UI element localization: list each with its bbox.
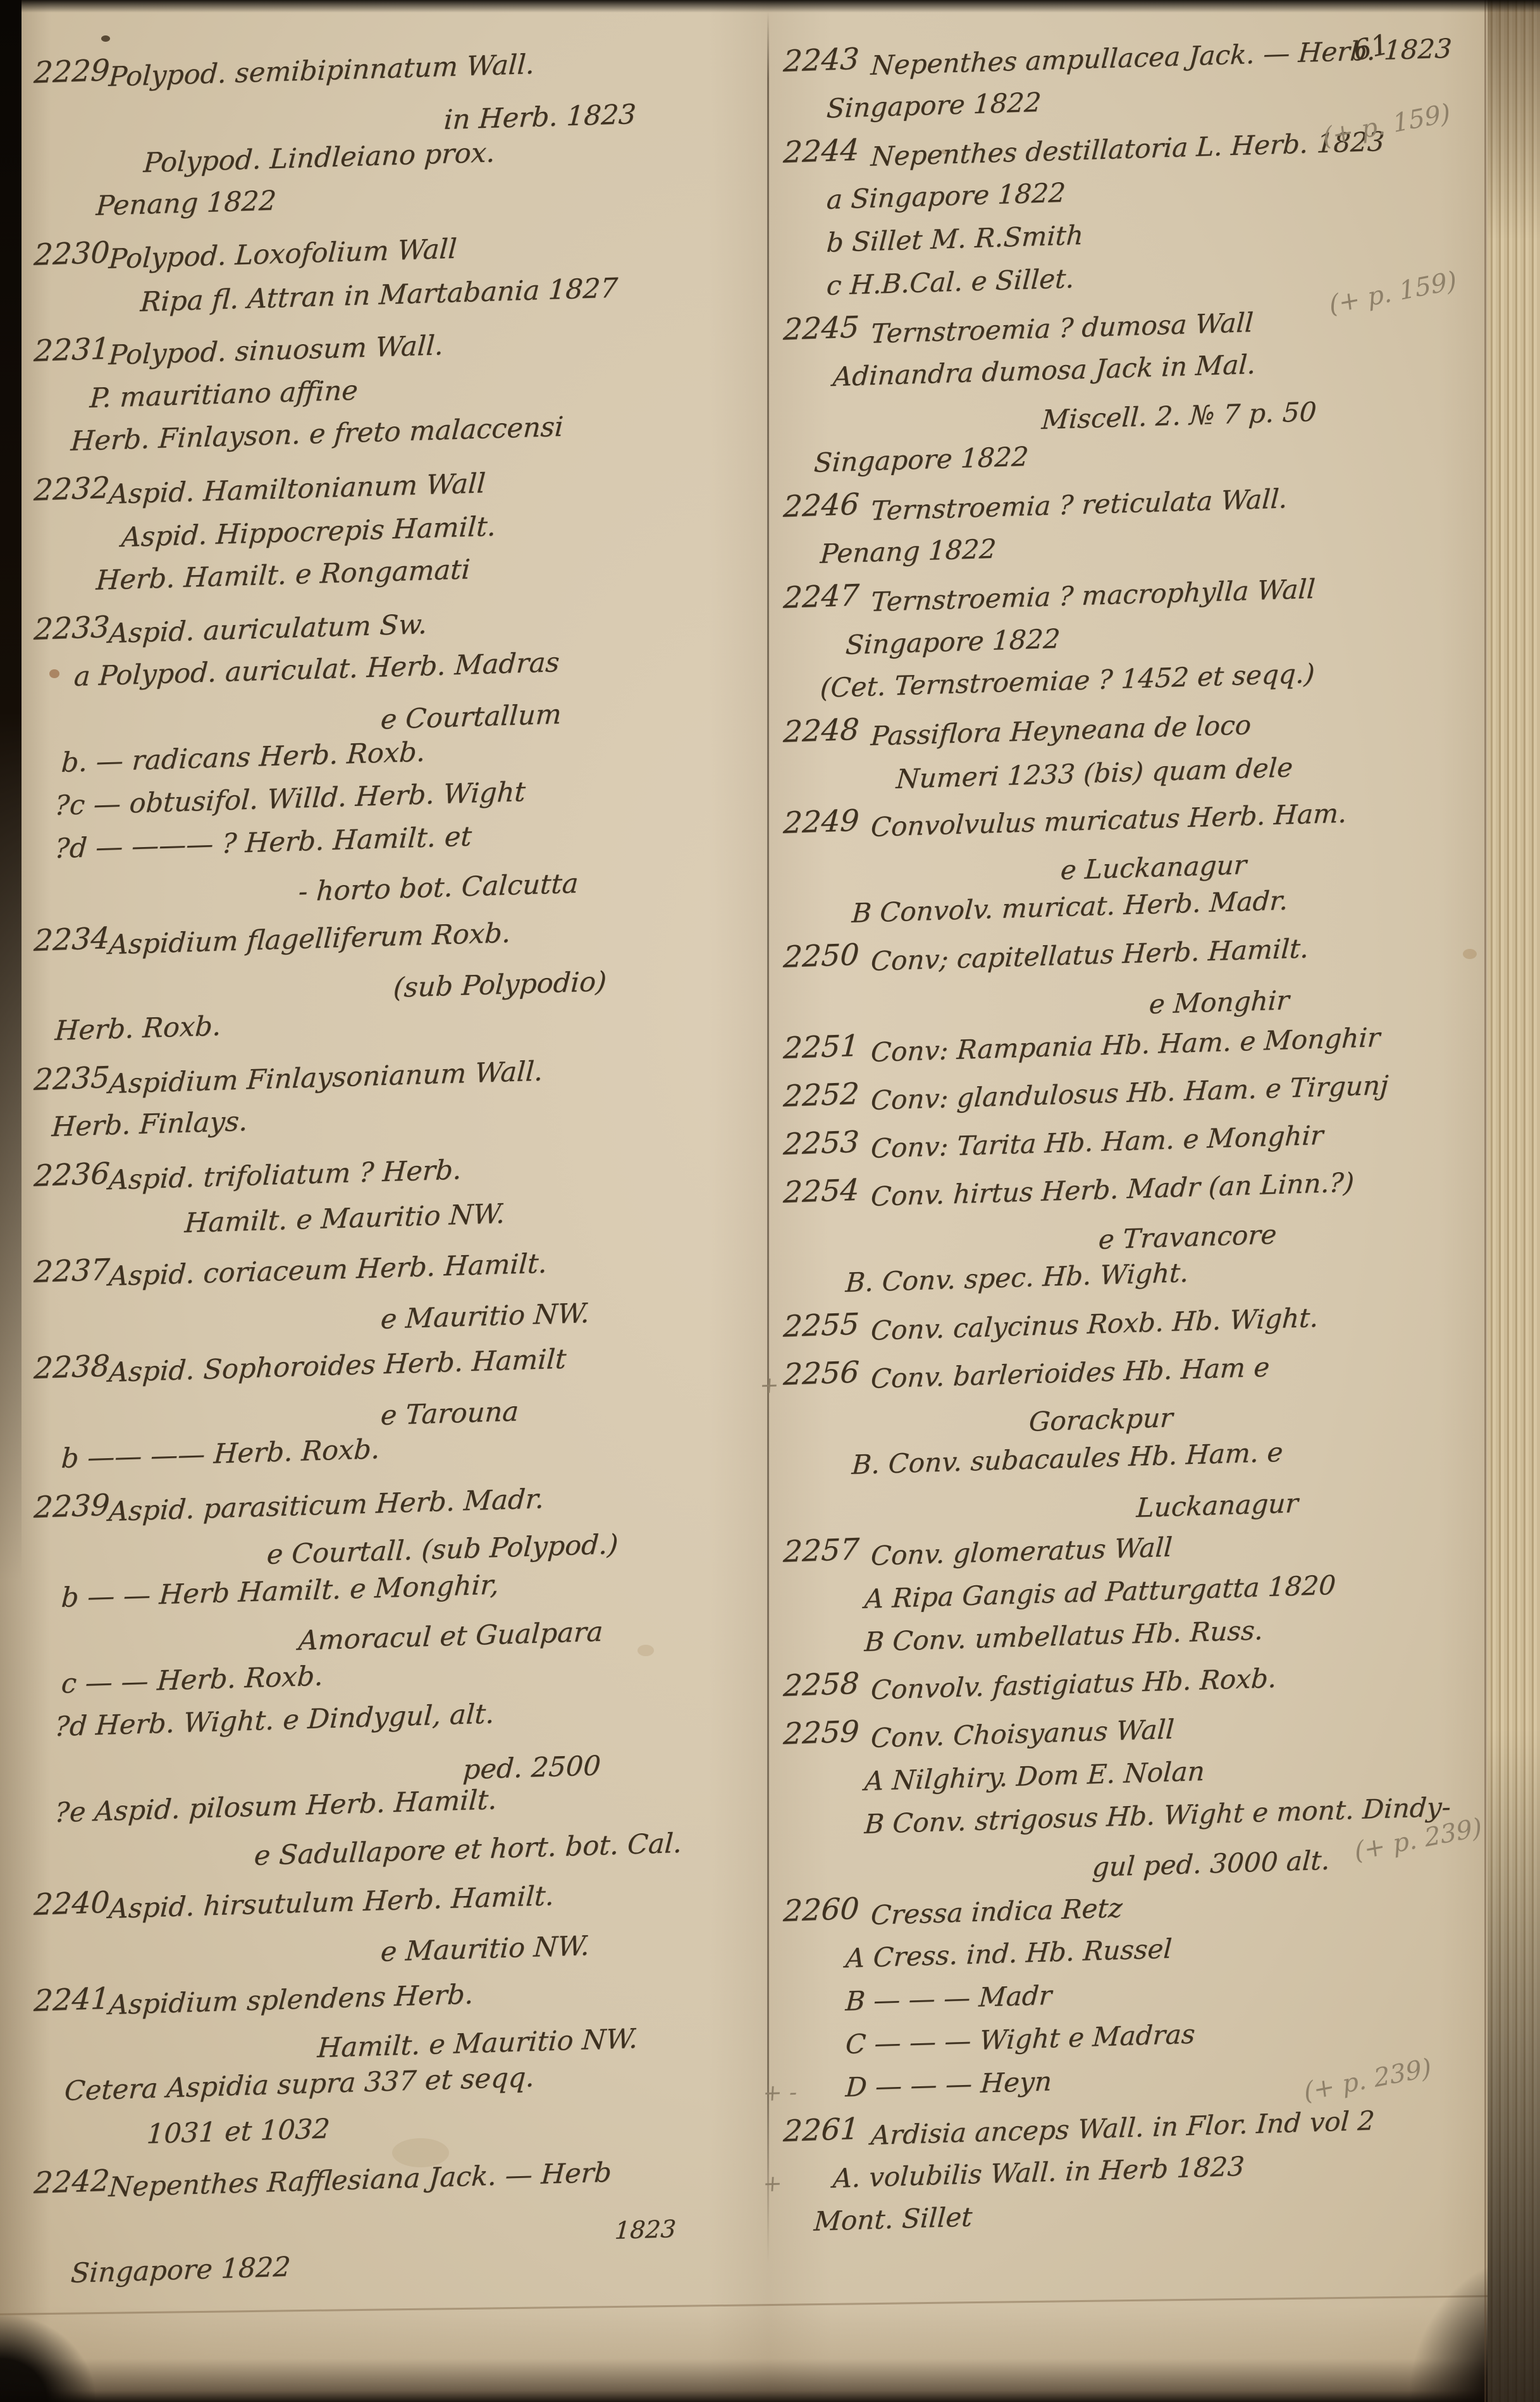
page-edge-seam bbox=[1484, 0, 1486, 2402]
entry-number: 2240 bbox=[33, 1885, 108, 1922]
entry-line: Nepenthes Rafflesiana Jack. — Herb bbox=[108, 2146, 766, 2209]
entry-line: e Sadullapore et hort. bot. Cal. bbox=[253, 1819, 766, 1878]
manuscript-page: 2229Polypod. semibipinnatum Wall.in Herb… bbox=[0, 0, 1540, 2402]
catalog-entry: 2239Aspid. parasiticum Herb. Madr.e Cour… bbox=[35, 1490, 762, 1878]
catalog-entry: 2232Aspid. Hamiltonianum WallAspid. Hipp… bbox=[35, 473, 762, 602]
entry-number: 2259 bbox=[782, 1714, 870, 1752]
entry-number: 2251 bbox=[782, 1028, 870, 1066]
entry-line: Aspid. Sophoroides Herb. Hamilt bbox=[108, 1332, 766, 1394]
catalog-entry: 2259Conv. Choisyanus WallA Nilghiry. Dom… bbox=[784, 1717, 1518, 1889]
catalog-entry: 2247Ternstroemia ? macrophylla WallSinga… bbox=[784, 581, 1518, 710]
entry-number: 2253 bbox=[782, 1124, 870, 1162]
entry-number: 2245 bbox=[782, 309, 870, 347]
catalog-entry: 2240Aspid. hirsutulum Herb. Hamilt.e Mau… bbox=[35, 1888, 762, 1974]
left-column: 2229Polypod. semibipinnatum Wall.in Herb… bbox=[35, 56, 762, 2305]
paper-stain bbox=[101, 35, 110, 42]
entry-number: 2237 bbox=[33, 1253, 108, 1290]
entry-number: 2238 bbox=[33, 1349, 108, 1386]
catalog-entry: 2238Aspid. Sophoroides Herb. Hamilte Tar… bbox=[35, 1351, 762, 1480]
left-dark-edge bbox=[0, 0, 22, 1582]
entry-line: B. Conv. subacaules Hb. Ham. e bbox=[851, 1424, 1522, 1487]
entry-number: 2242 bbox=[33, 2164, 108, 2201]
entry-number: 2244 bbox=[782, 132, 870, 170]
catalog-entry: 2237Aspid. coriaceum Herb. Hamilt.e Maur… bbox=[35, 1255, 762, 1341]
catalog-entry: 2230Polypod. Loxofolium WallRipa fl. Att… bbox=[35, 238, 762, 324]
catalog-entry: 2241Aspidium splendens Herb.Hamilt. e Ma… bbox=[35, 1984, 762, 2156]
catalog-entry: 2249Convolvulus muricatus Herb. Ham.e Lu… bbox=[784, 806, 1518, 935]
entry-number: 2250 bbox=[782, 937, 870, 975]
right-column: 2243Nepenthes ampullacea Jack. — Herb. 1… bbox=[784, 44, 1518, 2248]
entry-number: 2246 bbox=[782, 486, 870, 524]
pencil-margin-mark: + bbox=[761, 2162, 783, 2206]
pencil-margin-mark: + - bbox=[761, 2071, 798, 2115]
entry-number: 2230 bbox=[33, 235, 108, 273]
pencil-margin-mark: + bbox=[758, 1364, 780, 1408]
book-page-edges bbox=[1488, 0, 1540, 2402]
entry-number: 2260 bbox=[782, 1891, 870, 1929]
catalog-entry: 2257Conv. glomeratus WallA Ripa Gangis a… bbox=[784, 1535, 1518, 1664]
catalog-entry: 2256Conv. barlerioides Hb. Ham e+Gorackp… bbox=[784, 1358, 1518, 1530]
catalog-entry: 2231Polypod. sinuosum Wall.P. mauritiano… bbox=[35, 334, 762, 463]
entry-number: 2239 bbox=[33, 1488, 108, 1525]
entry-number: 2229 bbox=[33, 53, 108, 90]
entry-number: 2255 bbox=[782, 1306, 870, 1344]
catalog-entry: 2254Conv. hirtus Herb. Madr (an Linn.?)e… bbox=[784, 1175, 1518, 1304]
entry-number: 2261 bbox=[782, 2111, 870, 2149]
entry-number: 2247 bbox=[782, 578, 870, 616]
entry-number: 2235 bbox=[33, 1060, 108, 1098]
entry-line: - horto bot. Calcutta bbox=[297, 857, 766, 913]
entry-number: 2258 bbox=[782, 1666, 870, 1704]
catalog-entry: 2236Aspid. trifoliatum ? Herb.Hamilt. e … bbox=[35, 1159, 762, 1245]
catalog-entry: 2233Aspid. auriculatum Sw.a Polypod. aur… bbox=[35, 612, 762, 913]
bottom-left-shadow bbox=[0, 2315, 95, 2402]
catalog-entry: 2261Ardisia anceps Wall. in Flor. Ind vo… bbox=[784, 2114, 1518, 2243]
catalog-entry: 2229Polypod. semibipinnatum Wall.in Herb… bbox=[35, 56, 762, 228]
entry-number: 2243 bbox=[782, 41, 870, 79]
catalog-entry: 2235Aspidium Finlaysonianum Wall.Herb. F… bbox=[35, 1063, 762, 1149]
top-dark-edge bbox=[0, 0, 1540, 13]
entry-number: 2256 bbox=[782, 1354, 870, 1392]
catalog-entry: 2234Aspidium flagelliferum Roxb.(sub Pol… bbox=[35, 924, 762, 1053]
entry-number: 2236 bbox=[33, 1156, 108, 1194]
catalog-entry: 2246Ternstroemia ? reticulata Wall.Penan… bbox=[784, 490, 1518, 576]
entry-number: 2232 bbox=[33, 471, 108, 508]
entry-number: 2231 bbox=[33, 331, 108, 369]
entry-line: Aspid. coriaceum Herb. Hamilt. bbox=[108, 1235, 766, 1298]
entry-number: 2248 bbox=[782, 712, 870, 750]
catalog-entry: 2248Passiflora Heyneana de locoNumeri 12… bbox=[784, 715, 1518, 801]
page-edges-shading bbox=[1488, 0, 1540, 2402]
bottom-shadow bbox=[0, 2306, 1540, 2402]
catalog-entry: 2242Nepenthes Rafflesiana Jack. — Herb18… bbox=[35, 2166, 762, 2295]
entry-number: 2234 bbox=[33, 921, 108, 958]
entry-number: 2254 bbox=[782, 1172, 870, 1210]
entry-number: 2257 bbox=[782, 1532, 870, 1569]
entry-number: 2233 bbox=[33, 610, 108, 647]
entry-number: 2241 bbox=[33, 1981, 108, 2019]
entry-line: Singapore 1822 bbox=[70, 2232, 766, 2295]
column-divider-line bbox=[767, 11, 769, 2263]
entry-line: Aspidium flagelliferum Roxb. bbox=[108, 904, 766, 967]
entry-line: Aspid. hirsutulum Herb. Hamilt. bbox=[108, 1868, 766, 1931]
entry-number: 2252 bbox=[782, 1076, 870, 1114]
entry-number: 2249 bbox=[782, 803, 870, 841]
catalog-entry: 2245Ternstroemia ? dumosa WallAdinandra … bbox=[784, 313, 1518, 485]
catalog-entry: 2250Conv; capitellatus Herb. Hamilt.e Mo… bbox=[784, 940, 1518, 1026]
